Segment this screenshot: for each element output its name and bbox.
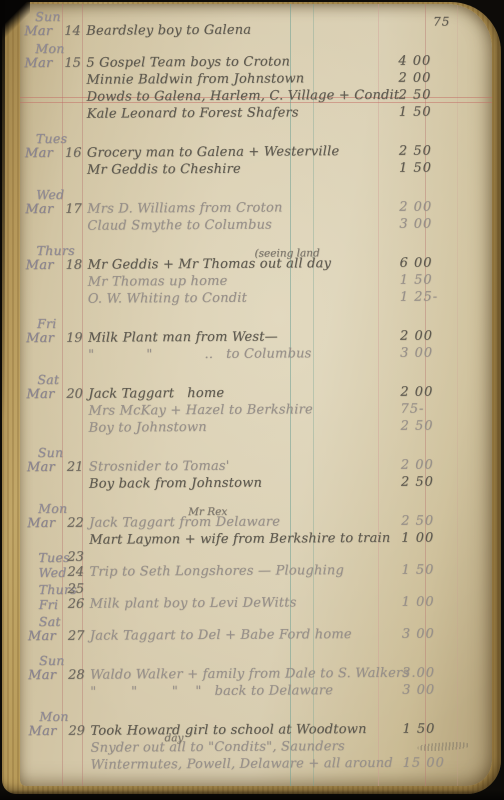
entry-text: Waldo Walker + family from Dale to S. Wa…	[90, 666, 386, 683]
amount-value: 75	[433, 14, 450, 28]
weekday-label: Wed	[36, 187, 64, 202]
amount-value: 75-	[400, 402, 424, 417]
amount-value: 1 25-	[400, 290, 438, 305]
weekday-label: Fri	[37, 316, 57, 331]
entry-text: Boy to Johnstown	[89, 419, 385, 436]
date-number: 26	[68, 597, 85, 612]
entry-text: Mr Geddis + Mr Thomas out all day	[88, 256, 384, 273]
entry-text: Kale Leonard to Forest Shafers	[87, 105, 383, 122]
inserted-note: day	[164, 732, 183, 744]
amount-value: 3 00	[400, 346, 433, 361]
amount-value: 2 50	[399, 88, 432, 103]
amount-value: 1 00	[402, 595, 435, 610]
weekday-label: Sat	[37, 372, 59, 387]
entry-text: Strosnider to Tomas'	[89, 458, 385, 475]
ledger-entry-row: O. W. Whiting to Condit1 25-	[22, 289, 492, 309]
entry-text: Jack Taggart home	[88, 385, 384, 402]
ledger-entry-row: Kale Leonard to Forest Shafers1 50	[21, 104, 492, 124]
month-label: Mar	[24, 56, 52, 71]
entry-text: Claud Smythe to Columbus	[87, 217, 383, 234]
month-label: Mar	[25, 202, 53, 217]
amount-value: 3.00	[402, 666, 435, 681]
date-number: 29	[68, 724, 85, 739]
month-label: Mar	[27, 460, 55, 475]
amount-value: 1 50	[402, 722, 435, 737]
weekday-label: Thurs	[36, 243, 74, 258]
entry-text: Beardsley boy to Galena	[86, 22, 382, 39]
date-number: 21	[67, 460, 84, 475]
weekday-label: Mon	[35, 41, 64, 56]
entry-text: 5 Gospel Team boys to Croton	[86, 54, 382, 71]
amount-value: 2 00	[400, 385, 433, 400]
entry-text: Grocery man to Galena + Westerville	[87, 144, 383, 161]
entry-text: Mr Geddis to Cheshire	[87, 161, 383, 178]
month-label: Mar	[28, 724, 56, 739]
ledger-rows: SunMar14Beardsley boy to Galena75MonMar1…	[20, 4, 492, 775]
date-number: 17	[65, 202, 82, 217]
entry-text: " " .. to Columbus	[88, 346, 384, 363]
ledger-entry-row: Mr Geddis to Cheshire1 50	[21, 160, 492, 180]
weekday-label: Sun	[35, 9, 61, 24]
month-label: Mar	[25, 146, 53, 161]
date-number: 20	[66, 387, 83, 402]
weekday-label: Wed	[38, 565, 66, 580]
amount-value: 15 00	[403, 756, 445, 771]
month-label: Mar	[26, 331, 54, 346]
ledger-entry-row: " " .. to Columbus3 00	[22, 345, 492, 365]
amount-value: 1 50	[399, 161, 432, 176]
month-label: Mar	[26, 387, 54, 402]
amount-value: 1 50	[400, 273, 433, 288]
ledger-entry-row: Boy back from Johnstown2 50	[23, 474, 492, 494]
amount-value: 2 00	[399, 200, 432, 215]
entry-text: O. W. Whiting to Condit	[88, 290, 384, 307]
date-number: 24	[67, 565, 84, 580]
inserted-note: (seeing land	[254, 247, 319, 259]
entry-text: Minnie Baldwin from Johnstown	[86, 71, 382, 88]
amount-value: 1 00	[401, 531, 434, 546]
entry-text: Jack Taggart to Del + Babe Ford home	[90, 627, 386, 644]
date-number: 25	[68, 582, 85, 597]
bottom-shadow	[0, 790, 504, 800]
date-number: 16	[65, 146, 82, 161]
amount-value: 3 00	[399, 217, 432, 232]
entry-text: Milk plant boy to Levi DeWitts	[90, 595, 386, 612]
month-label: Mar	[28, 629, 56, 644]
amount-value: 2 50	[401, 419, 434, 434]
ledger-entry-row: Wintermutes, Powell, Delaware + all arou…	[25, 755, 492, 775]
amount-value: 2 00	[400, 329, 433, 344]
ledger-entry-row: " " " " back to Delaware3 00	[24, 682, 492, 702]
amount-value: 1 50	[399, 105, 432, 120]
ledger-page: SunMar14Beardsley boy to Galena75MonMar1…	[20, 4, 492, 786]
amount-value: 2 50	[399, 144, 432, 159]
entry-text: Mrs McKay + Hazel to Berkshire	[88, 402, 384, 419]
entry-text: Mr Thomas up home	[88, 273, 384, 290]
ledger-entry-row: Mar27Jack Taggart to Del + Babe Ford hom…	[24, 626, 492, 646]
date-number: 19	[66, 331, 83, 346]
weekday-label: Tues	[38, 550, 69, 565]
amount-value: 6 00	[400, 256, 433, 271]
weekday-label: Sat	[39, 614, 61, 629]
date-number: 14	[64, 24, 81, 39]
amount-value: 2 00	[398, 71, 431, 86]
ledger-entry-row: Claud Smythe to Columbus3 00	[21, 216, 492, 236]
amount-value: 4 00	[398, 54, 431, 69]
weekday-label: Fri	[39, 597, 59, 612]
entry-text: Mart Laymon + wife from Berkshire to tra…	[89, 531, 385, 548]
amount-value: 3 00	[402, 683, 435, 698]
entry-text: Snyder out all to "Condits", Saunders	[91, 739, 387, 756]
month-label: Mar	[26, 258, 54, 273]
weekday-label: Sun	[38, 445, 64, 460]
weekday-label: Mon	[39, 709, 68, 724]
amount-value: 2 00	[401, 458, 434, 473]
amount-value: 2 50	[401, 514, 434, 529]
entry-text: Trip to Seth Longshores — Ploughing	[89, 563, 385, 580]
amount-value: 2 50	[401, 475, 434, 490]
entry-text: Dowds to Galena, Harlem, C. Village + Co…	[87, 88, 383, 105]
weekday-label: Tues	[36, 131, 67, 146]
amount-value: 1 50	[401, 563, 434, 578]
entry-text: Took Howard girl to school at Woodtown	[90, 722, 386, 739]
entry-text: Wintermutes, Powell, Delaware + all arou…	[91, 756, 387, 773]
entry-text: " " " " back to Delaware	[90, 683, 386, 700]
month-label: Mar	[28, 668, 56, 683]
amount-value: 3 00	[402, 627, 435, 642]
ledger-entry-row: Boy to Johnstown2 50	[23, 418, 492, 438]
weekday-label: Sun	[39, 653, 65, 668]
date-number: 22	[67, 516, 84, 531]
inserted-note: Mr Rex	[188, 506, 227, 518]
entry-text: Milk Plant man from West—	[88, 329, 384, 346]
date-number: 15	[64, 56, 81, 71]
date-number: 18	[66, 258, 83, 273]
month-label: Mar	[27, 516, 55, 531]
entry-text: Mrs D. Williams from Croton	[87, 200, 383, 217]
date-number: 28	[68, 668, 85, 683]
date-number: 27	[68, 629, 85, 644]
entry-text: Jack Taggart from Delaware	[89, 514, 385, 531]
scratched-out-amount	[417, 741, 469, 752]
date-number: 23	[67, 550, 84, 565]
left-dark-sliver	[0, 0, 5, 420]
entry-text: Boy back from Johnstown	[89, 475, 385, 492]
photo-of-ledger: { "document": { "kind": "handwritten dai…	[0, 0, 504, 800]
weekday-label: Mon	[38, 501, 67, 516]
